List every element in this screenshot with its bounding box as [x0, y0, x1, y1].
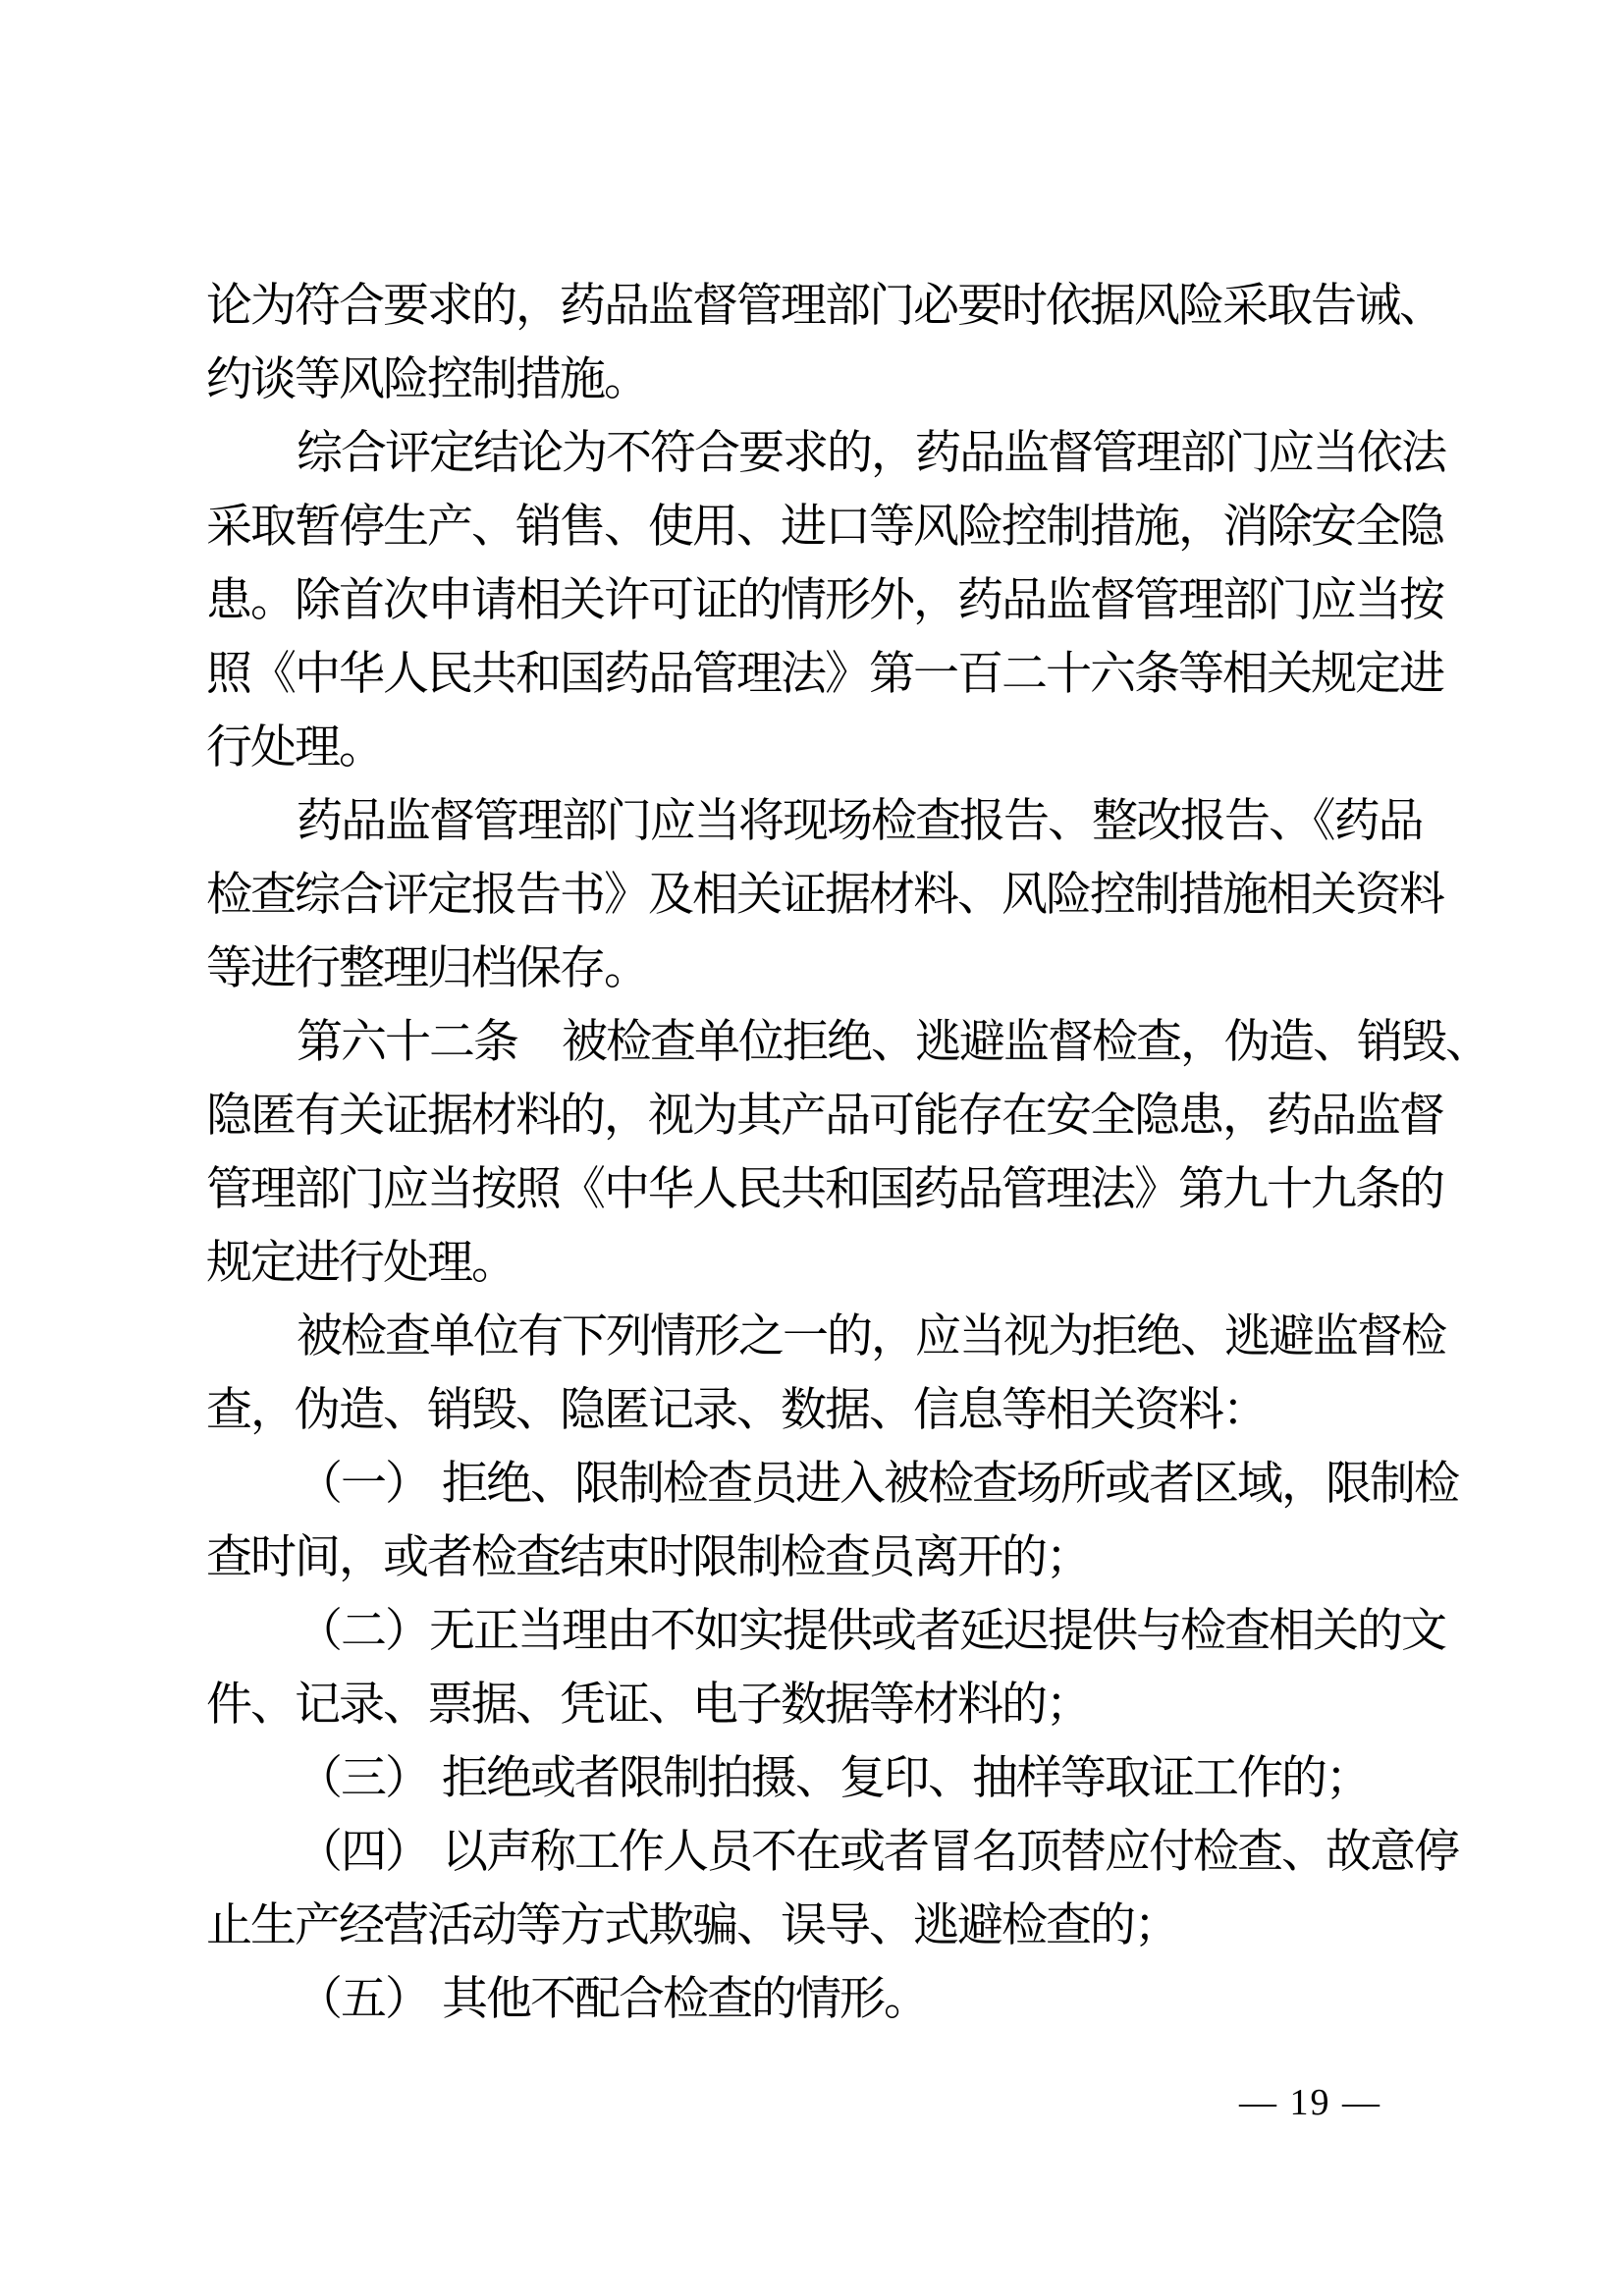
document-page: 论为符合要求的，药品监督管理部门必要时依据风险采取告诫、约谈等风险控制措施。综合…: [0, 0, 1624, 2296]
text-line: （三） 拒绝或者限制拍摄、复印、抽样等取证工作的；: [206, 1741, 1424, 1815]
text-line: 隐匿有关证据材料的，视为其产品可能存在安全隐患，药品监督: [206, 1079, 1424, 1152]
page-number: — 19 —: [1239, 2081, 1381, 2124]
text-line: 检查综合评定报告书》及相关证据材料、风险控制措施相关资料: [206, 858, 1424, 932]
text-line: 约谈等风险控制措施。: [206, 343, 1424, 416]
text-line: 综合评定结论为不符合要求的，药品监督管理部门应当依法: [206, 416, 1424, 490]
text-line: （二）无正当理由不如实提供或者延迟提供与检查相关的文: [206, 1594, 1424, 1668]
text-line: 行处理。: [206, 711, 1424, 784]
text-line: 查，伪造、销毁、隐匿记录、数据、信息等相关资料：: [206, 1373, 1424, 1447]
text-line: 照《中华人民共和国药品管理法》第一百二十六条等相关规定进: [206, 637, 1424, 711]
text-line: 论为符合要求的，药品监督管理部门必要时依据风险采取告诫、: [206, 269, 1424, 343]
text-line: 患。除首次申请相关许可证的情形外，药品监督管理部门应当按: [206, 563, 1424, 637]
text-line: 止生产经营活动等方式欺骗、误导、逃避检查的；: [206, 1889, 1424, 1962]
text-line: （五） 其他不配合检查的情形。: [206, 1962, 1424, 2036]
text-line: 查时间，或者检查结束时限制检查员离开的；: [206, 1521, 1424, 1594]
text-line: 管理部门应当按照《中华人民共和国药品管理法》第九十九条的: [206, 1152, 1424, 1226]
document-text-block: 论为符合要求的，药品监督管理部门必要时依据风险采取告诫、约谈等风险控制措施。综合…: [206, 269, 1424, 2036]
text-line: 采取暂停生产、销售、使用、进口等风险控制措施，消除安全隐: [206, 490, 1424, 563]
text-line: （一） 拒绝、限制检查员进入被检查场所或者区域，限制检: [206, 1447, 1424, 1521]
text-line: 件、记录、票据、凭证、电子数据等材料的；: [206, 1668, 1424, 1741]
text-line: 规定进行处理。: [206, 1226, 1424, 1300]
text-line: 被检查单位有下列情形之一的，应当视为拒绝、逃避监督检: [206, 1300, 1424, 1373]
text-line: 药品监督管理部门应当将现场检查报告、整改报告、《药品: [206, 784, 1424, 858]
text-line: 第六十二条 被检查单位拒绝、逃避监督检查，伪造、销毁、: [206, 1005, 1424, 1079]
text-line: （四） 以声称工作人员不在或者冒名顶替应付检查、故意停: [206, 1815, 1424, 1889]
text-line: 等进行整理归档保存。: [206, 932, 1424, 1005]
